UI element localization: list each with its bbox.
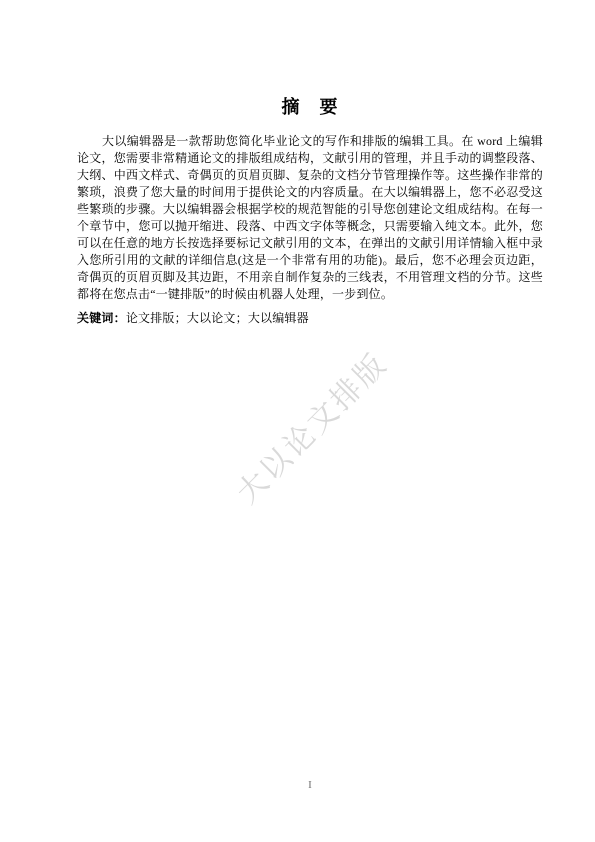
keywords-text: 论文排版；大以论文；大以编辑器 <box>126 311 309 325</box>
watermark-text: 大以论文排版 <box>224 340 395 511</box>
keywords-line: 关键词：论文排版；大以论文；大以编辑器 <box>77 310 543 327</box>
abstract-paragraph: 大以编辑器是一款帮助您简化毕业论文的写作和排版的编辑工具。在 word 上编辑论… <box>77 133 543 303</box>
keywords-label: 关键词： <box>77 311 126 325</box>
page-number: I <box>77 778 543 792</box>
document-page: 大以论文排版 摘 要 大以编辑器是一款帮助您简化毕业论文的写作和排版的编辑工具。… <box>0 0 595 842</box>
page-title: 摘 要 <box>77 97 543 118</box>
